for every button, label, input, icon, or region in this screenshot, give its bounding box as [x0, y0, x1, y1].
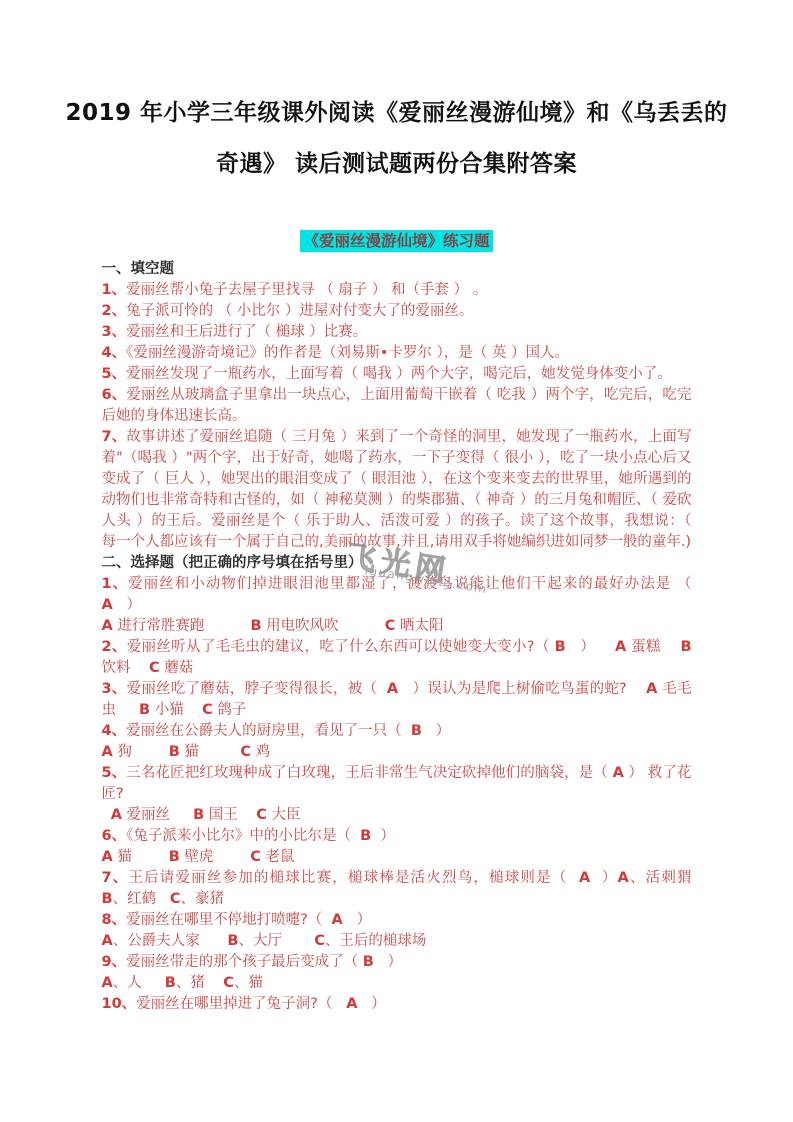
question-paragraph: 2、爱丽丝听从了毛毛虫的建议，吃了什么东西可以使她变大变小?（ B ） A 蛋糕… — [102, 637, 692, 679]
document-page: 2019 年小学三年级课外阅读《爱丽丝漫游仙境》和《乌丢丢的奇遇》 读后测试题两… — [0, 0, 793, 1122]
question-paragraph: 9、爱丽丝带走的那个孩子最后变成了（ B ） — [102, 952, 692, 973]
question-paragraph: 4、《爱丽丝漫游奇境记》的作者是（刘易斯•卡罗尔 ），是（ 英 ）国人。 — [102, 343, 692, 364]
choice-options: A、公爵夫人家 B、大厅 C、王后的槌球场 — [102, 931, 692, 952]
question-paragraph: 6、爱丽丝从玻璃盒子里拿出一块点心，上面用葡萄干嵌着（ 吃我 ）两个字，吃完后，… — [102, 385, 692, 427]
question-paragraph: 6、《兔子派来小比尔》中的小比尔是（ B ） — [102, 826, 692, 847]
worksheet-content: 一、填空题 1、爱丽丝帮小兔子去屋子里找寻 （ 扇子 ） 和（手套 ） 。2、兔… — [102, 259, 692, 1015]
worksheet-section: 一、填空题 1、爱丽丝帮小兔子去屋子里找寻 （ 扇子 ） 和（手套 ） 。2、兔… — [102, 259, 692, 553]
question-paragraph: 7、王后请爱丽丝参加的槌球比赛，槌球棒是活火烈鸟，槌球则是（ A ）A、活刺猬 … — [102, 868, 692, 910]
worksheet-section: 二、选择题（把正确的序号填在括号里） 1、爱丽丝和小动物们掉进眼泪池里都湿了，渡… — [102, 553, 692, 1015]
question-paragraph: 10、爱丽丝在哪里掉进了兔子洞?（ A ） — [102, 994, 692, 1015]
section-heading: 一、填空题 — [102, 259, 692, 280]
section-heading: 二、选择题（把正确的序号填在括号里） — [102, 553, 692, 574]
question-paragraph: 1、爱丽丝和小动物们掉进眼泪池里都湿了，渡渡鸟说能让他们干起来的最好办法是 （ … — [102, 574, 692, 616]
question-paragraph: 1、爱丽丝帮小兔子去屋子里找寻 （ 扇子 ） 和（手套 ） 。 — [102, 280, 692, 301]
question-paragraph: 7、故事讲述了爱丽丝追随（ 三月兔 ）来到了一个奇怪的洞里，她发现了一瓶药水，上… — [102, 427, 692, 553]
question-paragraph: 5、三名花匠把红玫瑰种成了白玫瑰，王后非常生气决定砍掉他们的脑袋，是（ A ） … — [102, 763, 692, 805]
choice-options: A、人 B、猪 C、猫 — [102, 973, 692, 994]
question-paragraph: 3、爱丽丝和王后进行了（ 槌球 ）比赛。 — [102, 322, 692, 343]
section-paragraphs: 1、爱丽丝帮小兔子去屋子里找寻 （ 扇子 ） 和（手套 ） 。2、兔子派可怜的 … — [102, 280, 692, 553]
worksheet-subtitle: 《爱丽丝漫游仙境》练习题 — [300, 230, 492, 252]
subtitle-row: 《爱丽丝漫游仙境》练习题 — [0, 230, 793, 252]
page-title: 2019 年小学三年级课外阅读《爱丽丝漫游仙境》和《乌丢丢的奇遇》 读后测试题两… — [64, 88, 729, 190]
question-paragraph: 5、爱丽丝发现了一瓶药水，上面写着（ 喝我 ）两个大字，喝完后，她发觉身体变小了… — [102, 364, 692, 385]
choice-options: A 猫 B 壁虎 C 老鼠 — [102, 847, 692, 868]
choice-options: A 狗 B 猫 C 鸡 — [102, 742, 692, 763]
question-paragraph: 2、兔子派可怜的 （ 小比尔 ）进屋对付变大了的爱丽丝。 — [102, 301, 692, 322]
section-paragraphs: 1、爱丽丝和小动物们掉进眼泪池里都湿了，渡渡鸟说能让他们干起来的最好办法是 （ … — [102, 574, 692, 1015]
question-paragraph: 8、爱丽丝在哪里不停地打喷嚏?（ A ） — [102, 910, 692, 931]
choice-options: A 进行常胜赛跑 B 用电吹风吹 C 晒太阳 — [102, 616, 692, 637]
choice-options: A 爱丽丝 B 国王 C 大臣 — [102, 805, 692, 826]
question-paragraph: 3、爱丽丝吃了蘑菇，脖子变得很长，被（ A ）误认为是爬上树偷吃鸟蛋的蛇? A … — [102, 679, 692, 721]
question-paragraph: 4、爱丽丝在公爵夫人的厨房里，看见了一只（ B ） — [102, 721, 692, 742]
